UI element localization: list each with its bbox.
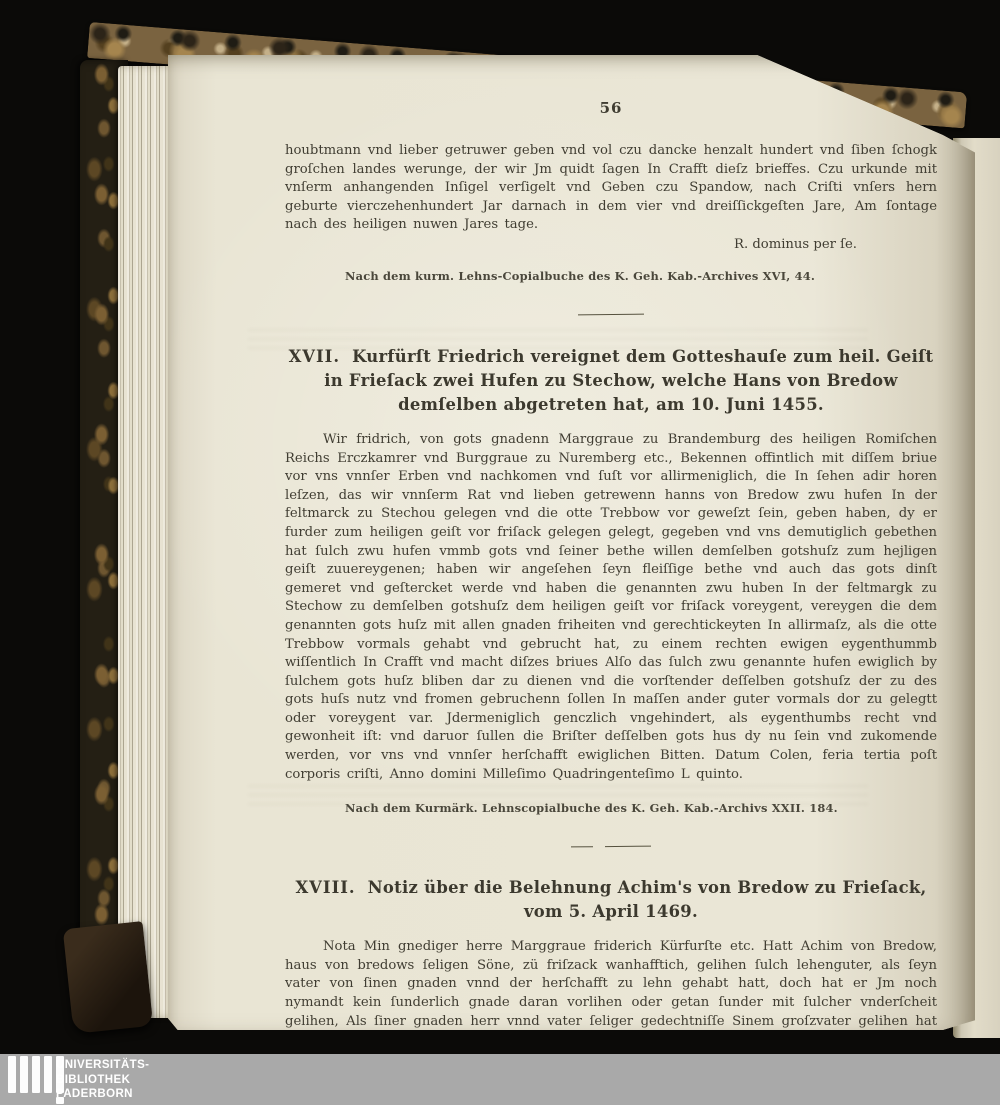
page-stack-edge <box>118 66 176 1018</box>
page-number: 56 <box>285 99 937 117</box>
section-17-number: XVII. <box>289 347 340 366</box>
section-18-body: Nota Min gnediger herre Marggraue frider… <box>285 938 937 1068</box>
logo-bar <box>32 1056 40 1093</box>
source-citation-2: Nach dem Kurmärk. Lehnscopialbuche des K… <box>345 801 937 815</box>
book-page-56: 56 houbtmann vnd lieber getruwer geben v… <box>168 55 975 1030</box>
library-name-line1: UNIVERSITÄTS- <box>56 1058 149 1073</box>
logo-bar <box>44 1056 52 1093</box>
page-text-block: 56 houbtmann vnd lieber getruwer geben v… <box>285 99 937 1068</box>
signature-line: R. dominus per ſe. <box>285 237 937 252</box>
section-18-heading: XVIII. Notiz über die Belehnung Achim's … <box>285 876 937 924</box>
source-citation-1: Nach dem kurm. Lehns-Copialbuche des K. … <box>345 269 937 283</box>
book-cover-corner-bottom-left <box>63 921 154 1034</box>
section-17-body: Wir fridrich, von gots gnadenn Marggraue… <box>285 431 937 784</box>
paragraph-continuation: houbtmann vnd lieber getruwer geben vnd … <box>285 142 937 235</box>
library-banner: UNIVERSITÄTS- BIBLIOTHEK PADERBORN <box>0 1054 1000 1105</box>
section-17-heading: XVII. Kurfürſt Friedrich vereignet dem G… <box>285 345 937 417</box>
scanned-book-viewport: 56 houbtmann vnd lieber getruwer geben v… <box>0 0 1000 1105</box>
library-name: UNIVERSITÄTS- BIBLIOTHEK PADERBORN <box>56 1058 149 1102</box>
section-17-title: Kurfürſt Friedrich vereignet dem Gottesh… <box>324 347 933 414</box>
library-name-line3: PADERBORN <box>56 1087 149 1102</box>
section-18-number: XVIII. <box>295 878 355 897</box>
section-18-title: Notiz über die Belehnung Achim's von Bre… <box>368 878 927 921</box>
section-divider-1 <box>578 314 644 316</box>
library-name-line2: BIBLIOTHEK <box>56 1073 149 1088</box>
section-divider-2 <box>571 846 651 847</box>
logo-bar <box>20 1056 28 1093</box>
logo-bar <box>8 1056 16 1093</box>
